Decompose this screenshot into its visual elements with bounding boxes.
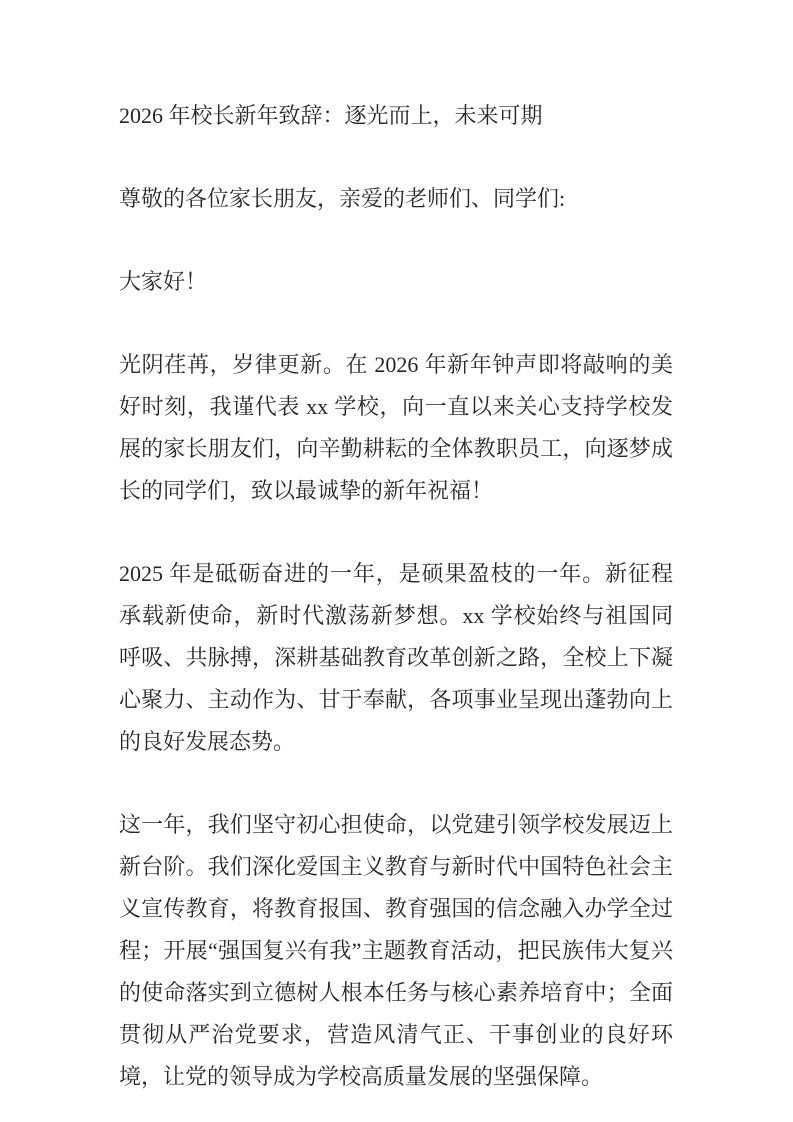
paragraph-salutation: 尊敬的各位家长朋友，亲爱的老师们、同学们: [119, 178, 673, 220]
paragraph-party-building: 这一年，我们坚守初心担使命，以党建引领学校发展迈上新台阶。我们深化爱国主义教育与… [119, 804, 673, 1098]
document-title: 2026 年校长新年致辞：逐光而上，未来可期 [119, 95, 673, 137]
paragraph-new-year-wishes: 光阴荏苒，岁律更新。在 2026 年新年钟声即将敲响的美好时刻，我谨代表 xx … [119, 344, 673, 512]
document-page: 2026 年校长新年致辞：逐光而上，未来可期 尊敬的各位家长朋友，亲爱的老师们、… [0, 0, 793, 1122]
paragraph-greeting: 大家好！ [119, 261, 673, 303]
paragraph-year-review: 2025 年是砥砺奋进的一年，是硕果盈枝的一年。新征程承载新使命，新时代激荡新梦… [119, 553, 673, 763]
